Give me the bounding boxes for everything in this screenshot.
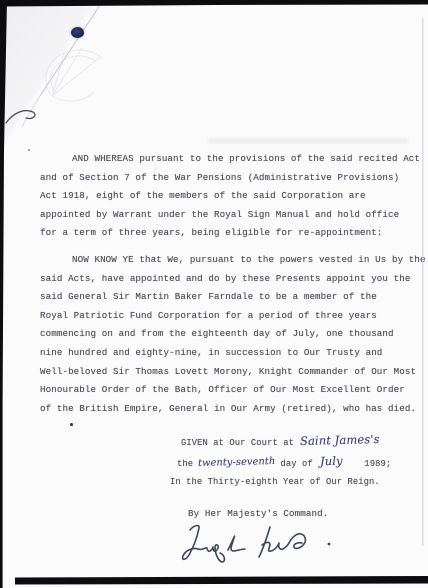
pen-curl-mark — [3, 104, 41, 130]
typed-line: Act 1918, eight of the members of the sa… — [40, 187, 420, 206]
typed-line: NOW KNOW YE that We, pursuant to the pow… — [40, 251, 426, 270]
typed-line: Honourable Order of the Bath, Officer of… — [40, 381, 426, 400]
typed-line: appointed by Warrant under the Royal Sig… — [40, 206, 420, 225]
typed-line: Royal Patriotic Fund Corporation for a p… — [40, 307, 426, 326]
date-line: thetwenty-seventhday ofJuly1989; — [177, 455, 391, 469]
given-prefix-text: GIVEN at Our Court at — [181, 438, 294, 448]
typed-line: AND WHEREAS pursuant to the provisions o… — [40, 150, 420, 169]
signature-douglas-hurd — [166, 518, 351, 576]
given-line: GIVEN at Our Court atSaint James's — [181, 434, 380, 448]
paragraph-now-know-ye: NOW KNOW YE that We, pursuant to the pow… — [40, 251, 426, 418]
reign-line: In the Thirty-eighth Year of Our Reign. — [170, 477, 380, 487]
year-text: 1989; — [364, 459, 391, 469]
ink-blot-mark — [71, 27, 84, 38]
embossed-seal-icon — [36, 42, 120, 120]
date-prefix-text: the — [177, 459, 193, 469]
typed-line: said Acts, have appointed and do by thes… — [40, 270, 426, 289]
handwritten-day: twenty-seventh — [198, 456, 276, 469]
typed-line: Well-beloved Sir Thomas Lovett Morony, K… — [40, 363, 426, 382]
typed-line: of the British Empire, General in Our Ar… — [40, 400, 426, 419]
typed-line: said General Sir Martin Baker Farndale t… — [40, 288, 426, 307]
typed-line: nine hundred and eighty-nine, in success… — [40, 344, 426, 363]
handwritten-month: July — [320, 454, 343, 469]
typed-line: and of Section 7 of the War Pensions (Ad… — [40, 169, 420, 188]
scan-smudge — [208, 138, 408, 144]
date-middle-text: day of — [280, 459, 312, 469]
stray-period-mark — [70, 423, 73, 426]
typed-line: for a term of three years, being eligibl… — [40, 224, 420, 243]
paragraph-whereas: AND WHEREAS pursuant to the provisions o… — [40, 150, 420, 243]
scanned-document-page: AND WHEREAS pursuant to the provisions o… — [0, 0, 428, 588]
handwritten-place: Saint James's — [300, 432, 380, 448]
typed-line: commencing on and from the eighteenth da… — [40, 325, 426, 344]
speck-mark — [28, 149, 30, 151]
reign-line-text: In the Thirty-eighth Year of Our Reign. — [170, 477, 380, 487]
